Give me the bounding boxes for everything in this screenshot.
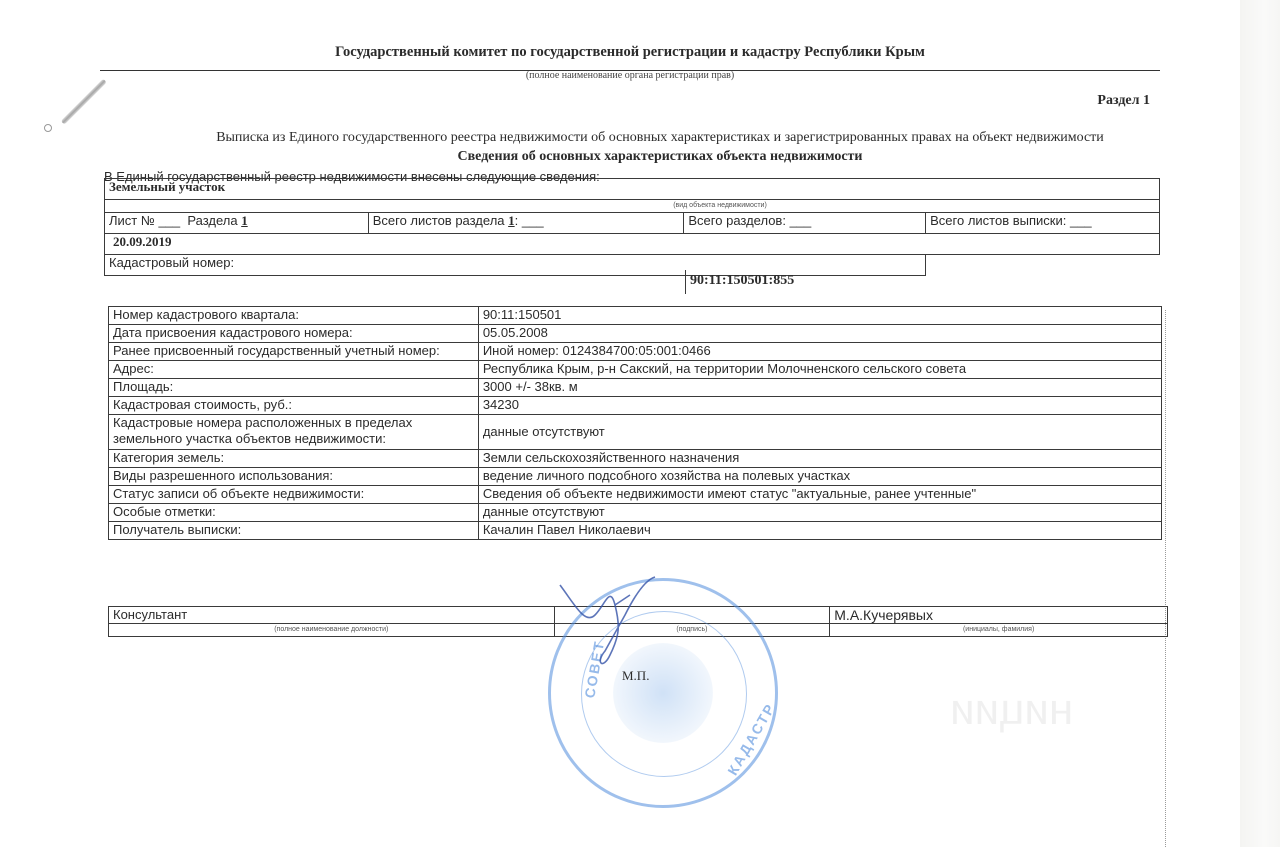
object-type: Земельный участок (105, 179, 1160, 200)
detail-value: данные отсутствуют (478, 415, 1161, 450)
paper-clip-icon (61, 79, 107, 125)
sheet-label: Лист № (109, 213, 155, 228)
table-row: Статус записи об объекте недвижимости:Св… (109, 486, 1162, 504)
table-row: Дата присвоения кадастрового номера:05.0… (109, 325, 1162, 343)
object-summary-table: Земельный участок (вид объекта недвижимо… (104, 178, 1160, 276)
detail-label: Особые отметки: (109, 504, 479, 522)
table-row: Площадь:3000 +/- 38кв. м (109, 379, 1162, 397)
table-row: Виды разрешенного использования:ведение … (109, 468, 1162, 486)
signer-name: М.А.Кучерявых (830, 607, 1168, 624)
detail-value: Республика Крым, р-н Сакский, на террито… (478, 361, 1161, 379)
detail-value: Земли сельскохозяйственного назначения (478, 450, 1161, 468)
signature-icon (555, 575, 675, 685)
table-row: Адрес:Республика Крым, р-н Сакский, на т… (109, 361, 1162, 379)
detail-value: 3000 +/- 38кв. м (478, 379, 1161, 397)
detail-value: ведение личного подсобного хозяйства на … (478, 468, 1161, 486)
table-row: Номер кадастрового квартала:90:11:150501 (109, 307, 1162, 325)
total-sheets-extract-blank: ___ (1070, 213, 1092, 228)
total-sheets-section-cell: Всего листов раздела 1: ___ (368, 213, 684, 234)
paper-clip-end-icon (44, 124, 52, 132)
detail-value: 05.05.2008 (478, 325, 1161, 343)
detail-label: Статус записи об объекте недвижимости: (109, 486, 479, 504)
detail-label: Номер кадастрового квартала: (109, 307, 479, 325)
scan-fold-line (1165, 310, 1166, 847)
organization-caption: (полное наименование органа регистрации … (100, 70, 1160, 81)
total-sheets-extract-cell: Всего листов выписки: ___ (926, 213, 1160, 234)
sheet-blank: ___ (158, 213, 180, 228)
table-row: Кадастровые номера расположенных в преде… (109, 415, 1162, 450)
reverse-side-bleed-through: ниции (950, 685, 1073, 735)
detail-value: Сведения об объекте недвижимости имеют с… (478, 486, 1161, 504)
detail-label: Ранее присвоенный государственный учетны… (109, 343, 479, 361)
total-sections-blank: ___ (790, 213, 812, 228)
detail-label: Кадастровая стоимость, руб.: (109, 397, 479, 415)
section-of-label: Раздела (187, 213, 237, 228)
detail-label: Кадастровые номера расположенных в преде… (109, 415, 479, 450)
total-sheets-extract-label: Всего листов выписки: (930, 213, 1066, 228)
table-row: Получатель выписки:Качалин Павел Николае… (109, 522, 1162, 540)
cadastral-number-value: 90:11:150501:855 (690, 273, 794, 289)
object-type-caption: (вид объекта недвижимости) (105, 200, 1160, 213)
section-label: Раздел 1 (1060, 93, 1150, 109)
detail-value: данные отсутствуют (478, 504, 1161, 522)
scan-edge-shadow (1240, 0, 1280, 847)
table-row: Кадастровая стоимость, руб.:34230 (109, 397, 1162, 415)
cadastral-divider (685, 270, 686, 294)
total-sheets-section-label: Всего листов раздела (373, 213, 505, 228)
detail-label: Площадь: (109, 379, 479, 397)
table-row: Категория земель:Земли сельскохозяйствен… (109, 450, 1162, 468)
detail-value: Иной номер: 0124384700:05:001:0466 (478, 343, 1161, 361)
extract-title: Выписка из Единого государственного реес… (100, 130, 1160, 146)
total-sections-cell: Всего разделов: ___ (684, 213, 926, 234)
extract-subtitle: Сведения об основных характеристиках объ… (100, 149, 1160, 165)
total-sections-label: Всего разделов: (688, 213, 786, 228)
detail-label: Категория земель: (109, 450, 479, 468)
table-row: Ранее присвоенный государственный учетны… (109, 343, 1162, 361)
detail-value: 34230 (478, 397, 1161, 415)
position-caption: (полное наименование должности) (109, 624, 555, 637)
details-table: Номер кадастрового квартала:90:11:150501… (108, 306, 1162, 540)
cadastral-number-label: Кадастровый номер: (105, 255, 926, 276)
detail-label: Адрес: (109, 361, 479, 379)
seal-placeholder-label: М.П. (622, 668, 649, 684)
total-sheets-section-blank: : ___ (515, 213, 544, 228)
detail-value: Качалин Павел Николаевич (478, 522, 1161, 540)
detail-label: Дата присвоения кадастрового номера: (109, 325, 479, 343)
sheet-number-cell: Лист № ___ Раздела 1 (105, 213, 369, 234)
detail-value: 90:11:150501 (478, 307, 1161, 325)
name-caption: (инициалы, фамилия) (830, 624, 1168, 637)
extract-date: 20.09.2019 (105, 234, 1160, 255)
detail-label: Получатель выписки: (109, 522, 479, 540)
section-number: 1 (241, 213, 248, 228)
organization-name: Государственный комитет по государственн… (100, 44, 1160, 61)
detail-label: Виды разрешенного использования: (109, 468, 479, 486)
table-row: Особые отметки:данные отсутствуют (109, 504, 1162, 522)
position-value: Консультант (109, 607, 555, 624)
